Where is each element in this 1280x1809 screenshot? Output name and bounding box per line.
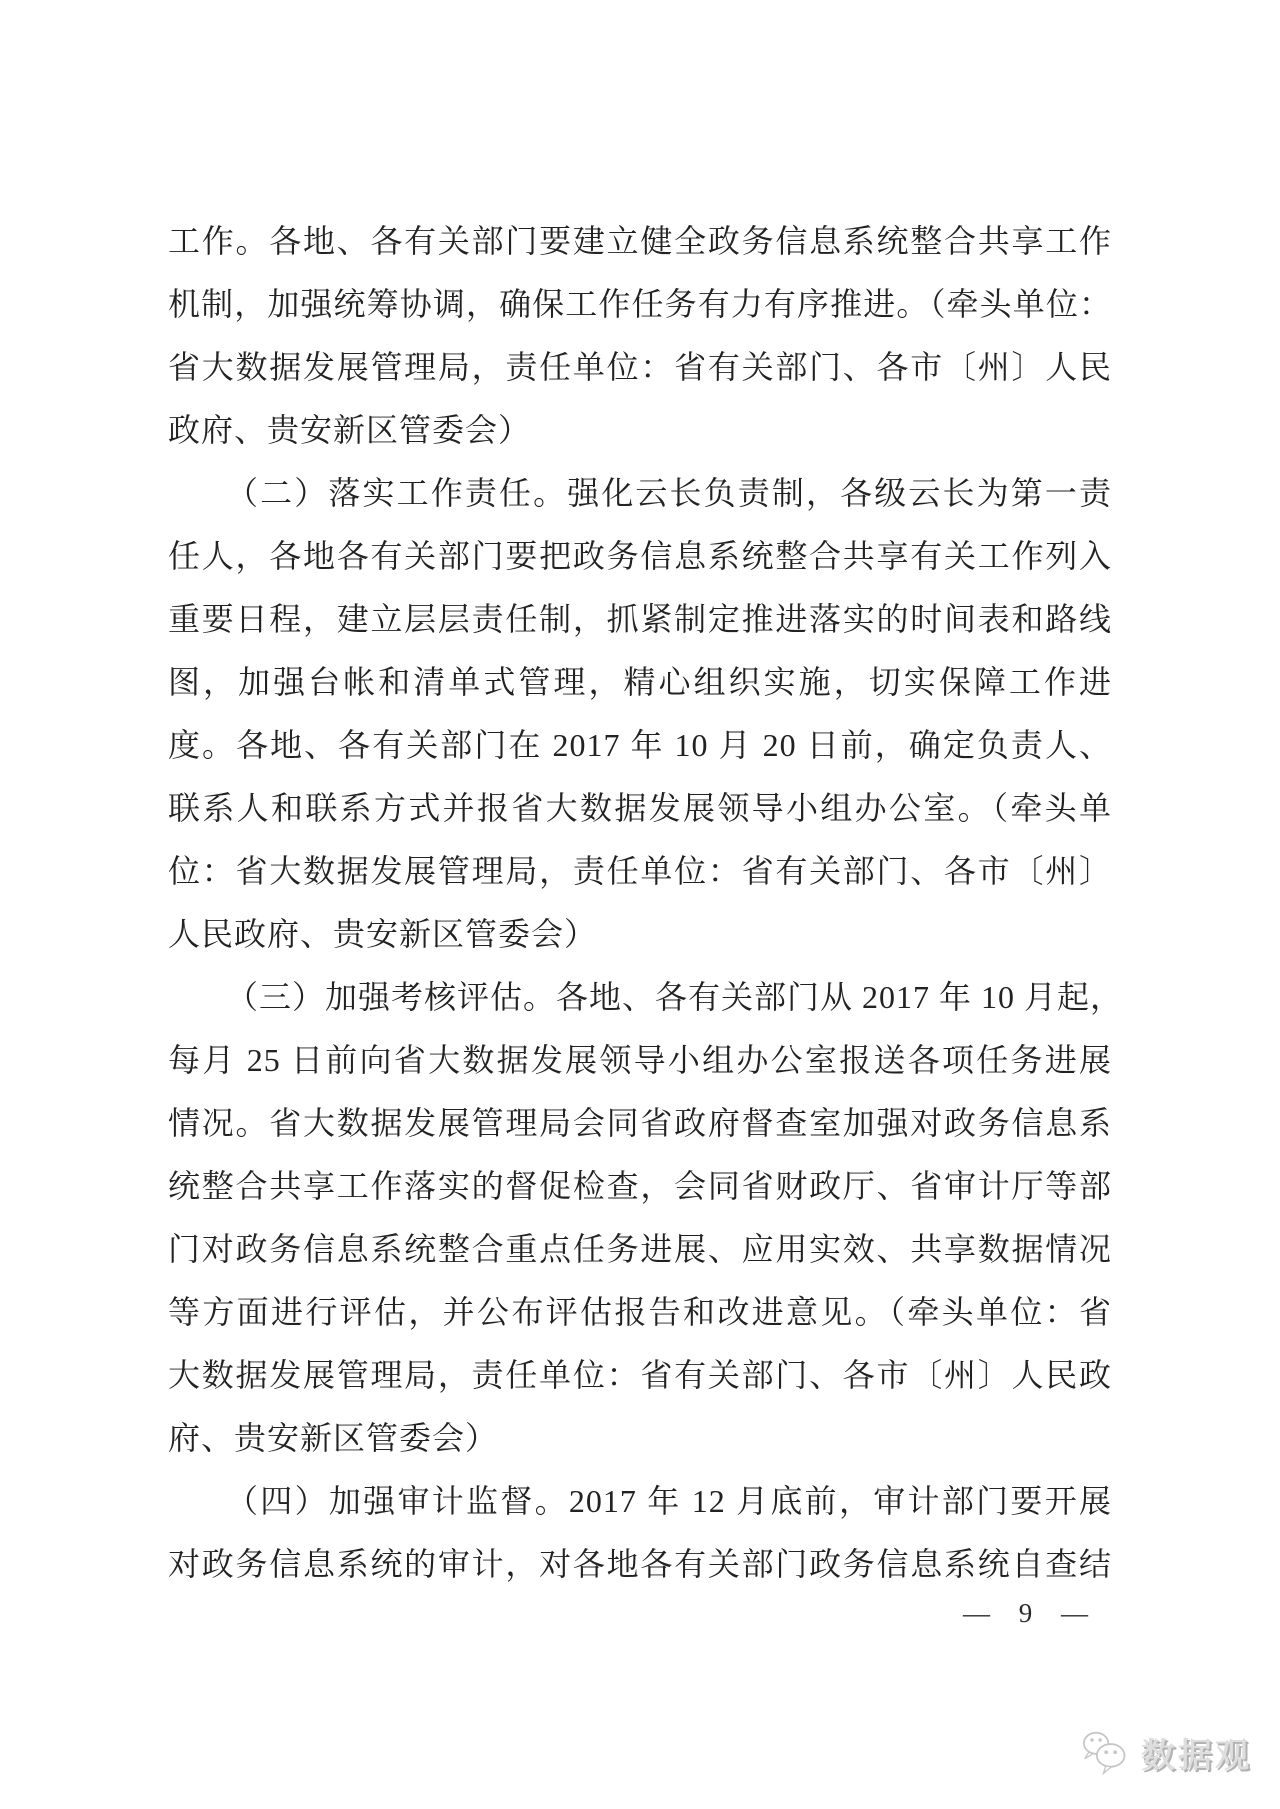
text-line: 每月 25 日前向省大数据发展领导小组办公室报送各项任务进展 [168,1029,1112,1092]
text-line: 大数据发展管理局，责任单位：省有关部门、各市〔州〕人民政 [168,1344,1112,1407]
watermark-label: 数据观 [1141,1728,1252,1777]
text-line: 省大数据发展管理局，责任单位：省有关部门、各市〔州〕人民 [168,336,1112,399]
text-line: 对政务信息系统的审计，对各地各有关部门政务信息系统自查结 [168,1533,1112,1596]
text-line: 人民政府、贵安新区管委会） [168,903,1112,966]
text-line: 政府、贵安新区管委会） [168,399,1112,462]
text-line: 府、贵安新区管委会） [168,1407,1112,1470]
text-line: 图，加强台帐和清单式管理，精心组织实施，切实保障工作进 [168,651,1112,714]
watermark: 数据观 [1079,1728,1252,1777]
text-line: 联系人和联系方式并报省大数据发展领导小组办公室。（牵头单 [168,777,1112,840]
text-line: 等方面进行评估，并公布评估报告和改进意见。（牵头单位：省 [168,1281,1112,1344]
document-body: 工作。各地、各有关部门要建立健全政务信息系统整合共享工作 机制，加强统筹协调，确… [168,210,1112,1596]
text-line: （三）加强考核评估。各地、各有关部门从 2017 年 10 月起， [168,966,1112,1029]
page-number: — 9 — [168,1598,1112,1629]
text-line: （四）加强审计监督。2017 年 12 月底前，审计部门要开展 [168,1470,1112,1533]
text-line: 工作。各地、各有关部门要建立健全政务信息系统整合共享工作 [168,210,1112,273]
text-line: 度。各地、各有关部门在 2017 年 10 月 20 日前，确定负责人、 [168,714,1112,777]
text-line: （二）落实工作责任。强化云长负责制，各级云长为第一责 [168,462,1112,525]
text-line: 位：省大数据发展管理局，责任单位：省有关部门、各市〔州〕 [168,840,1112,903]
text-line: 门对政务信息系统整合重点任务进展、应用实效、共享数据情况 [168,1218,1112,1281]
text-line: 任人，各地各有关部门要把政务信息系统整合共享有关工作列入 [168,525,1112,588]
wechat-bubbles-icon [1079,1730,1131,1776]
text-line: 统整合共享工作落实的督促检查，会同省财政厅、省审计厅等部 [168,1155,1112,1218]
text-line: 重要日程，建立层层责任制，抓紧制定推进落实的时间表和路线 [168,588,1112,651]
text-line: 情况。省大数据发展管理局会同省政府督查室加强对政务信息系 [168,1092,1112,1155]
text-line: 机制，加强统筹协调，确保工作任务有力有序推进。（牵头单位： [168,273,1112,336]
